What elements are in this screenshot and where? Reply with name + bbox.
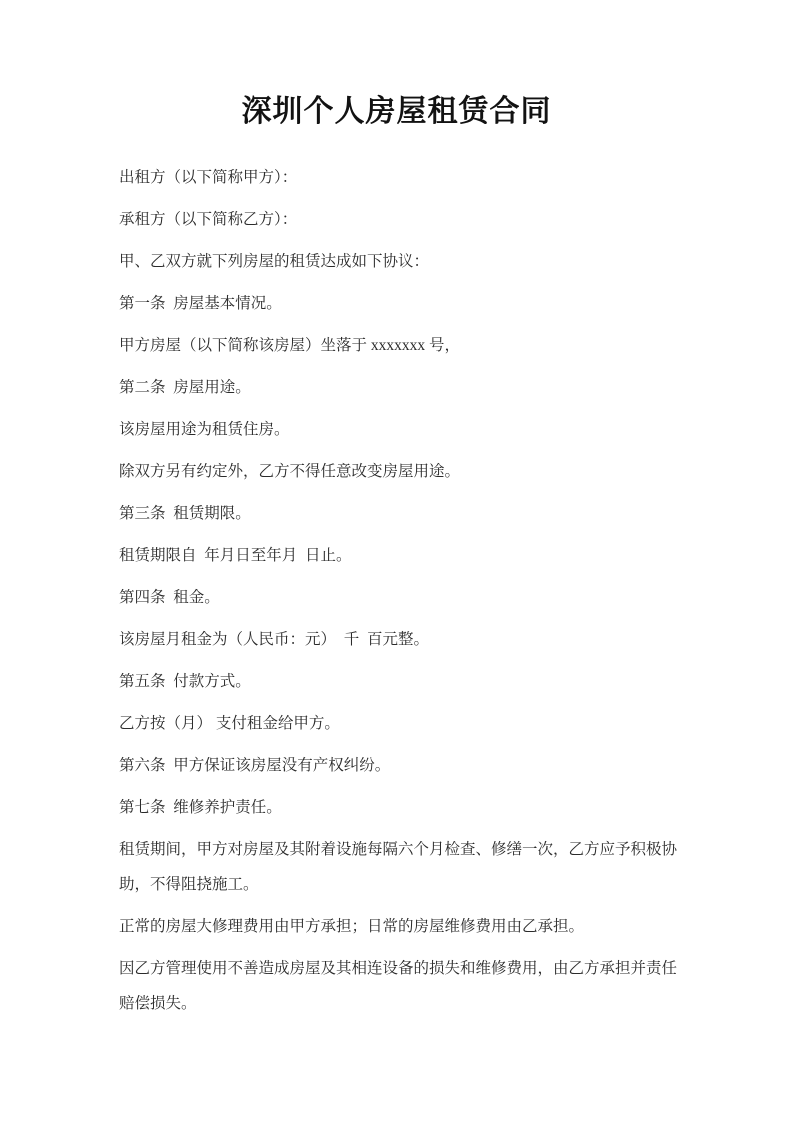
contract-document-page: 深圳个人房屋租赁合同 出租方（以下简称甲方）： 承租方（以下简称乙方）： 甲、乙… — [0, 0, 793, 1122]
document-title: 深圳个人房屋租赁合同 — [113, 94, 680, 130]
party-lessee-line: 承租方（以下简称乙方）： — [119, 202, 680, 237]
clause-7-body-3: 因乙方管理使用不善造成房屋及其相连设备的损失和维修费用，由乙方承担并责任赔偿损失… — [119, 951, 680, 1021]
clause-7-title: 第七条 维修养护责任。 — [119, 790, 680, 825]
clause-5-title: 第五条 付款方式。 — [119, 664, 680, 699]
clause-2-title: 第二条 房屋用途。 — [119, 370, 680, 405]
clause-5-body: 乙方按（月） 支付租金给甲方。 — [119, 706, 680, 741]
clause-1-title: 第一条 房屋基本情况。 — [119, 286, 680, 321]
clause-4-title: 第四条 租金。 — [119, 580, 680, 615]
clause-2-body-1: 该房屋用途为租赁住房。 — [119, 412, 680, 447]
clause-3-title: 第三条 租赁期限。 — [119, 496, 680, 531]
party-lessor-line: 出租方（以下简称甲方）： — [119, 160, 680, 195]
preamble-line: 甲、乙双方就下列房屋的租赁达成如下协议： — [119, 244, 680, 279]
clause-7-body-1: 租赁期间，甲方对房屋及其附着设施每隔六个月检查、修缮一次，乙方应予积极协助，不得… — [119, 832, 680, 902]
clause-2-body-2: 除双方另有约定外，乙方不得任意改变房屋用途。 — [119, 454, 680, 489]
clause-3-body: 租赁期限自 年月日至年月 日止。 — [119, 538, 680, 573]
clause-6-line: 第六条 甲方保证该房屋没有产权纠纷。 — [119, 748, 680, 783]
clause-7-body-2: 正常的房屋大修理费用由甲方承担；日常的房屋维修费用由乙承担。 — [119, 909, 680, 944]
clause-4-body: 该房屋月租金为（人民币：元） 千 百元整。 — [119, 622, 680, 657]
clause-1-body: 甲方房屋（以下简称该房屋）坐落于 xxxxxxx 号， — [119, 328, 680, 363]
